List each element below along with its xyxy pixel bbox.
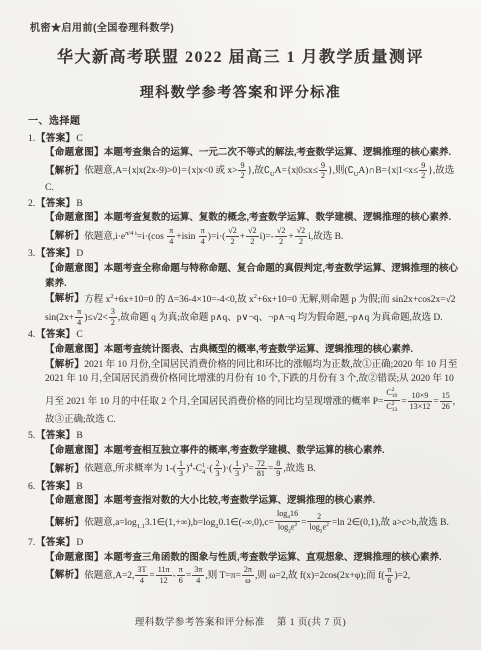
intent-text: 本题考查集合的运算、一元二次不等式的解法,考查数学运算、逻辑推理的核心素养. <box>104 147 451 158</box>
question-number: 5. <box>28 431 35 441</box>
question-5: 5.【答案】B 【命题意图】本题考查相互独立事件的概率,考查数学建模、数学运算的… <box>28 429 459 479</box>
document-title: 华大新高考联盟 2022 届高三 1 月教学质量测评 <box>0 44 481 67</box>
footer-page-number: 第 1 页(共 7 页) <box>277 618 346 628</box>
fraction: 2πω <box>242 565 254 585</box>
analysis-line: 【解析】方程 x2+6x+10=0 的 Δ=36-4×10=-4<0,故 x2+… <box>28 291 459 327</box>
intent-text: 本题考查统计图表、古典概型的概率,考查数学运算、逻辑推理的核心素养. <box>104 344 413 355</box>
answer-value: B <box>76 482 82 492</box>
fraction: 13 <box>233 459 241 479</box>
fraction: π4 <box>75 307 83 327</box>
analysis-label: 【解析】 <box>45 294 84 305</box>
sup-sub-stack: 14 <box>202 462 205 477</box>
question-number: 1. <box>28 134 35 144</box>
question-number: 6. <box>28 482 35 492</box>
question-2: 2.【答案】B 【命题意图】本题考查复数的运算、复数的概念,考查数学运算、数学建… <box>28 197 459 247</box>
analysis-line: 【解析】依题意,a=log1.13.1∈(1,+∞),b=log20.1∈(-∞… <box>28 509 459 535</box>
document-subtitle: 理科数学参考答案和评分标准 <box>0 82 481 102</box>
answer-line: 4.【答案】C <box>28 328 459 343</box>
answer-value: D <box>76 249 83 259</box>
scanned-answer-sheet-page: 机密★启用前(全国卷理科数学) 华大新高考联盟 2022 届高三 1 月教学质量… <box>0 0 481 650</box>
question-number: 2. <box>28 199 35 209</box>
answer-line: 3.【答案】D <box>28 247 459 262</box>
analysis-text: 依题意,所求概率为 1-(13)4-C14·(23)·(13)3=7281=89… <box>84 464 316 474</box>
analysis-text: 2021 年 10 月份,全国居民消费价格的同比和环比的涨幅均为正数,故①正确;… <box>45 360 457 426</box>
intent-line: 【命题意图】本题考查三角函数的图象与性质,考查数学运算、直观想象、逻辑推理的核心… <box>28 551 459 566</box>
fraction: 92 <box>319 161 327 181</box>
answer-value: D <box>76 538 83 548</box>
fraction: π4 <box>167 226 175 246</box>
fraction: √22 <box>246 226 258 246</box>
fraction: 7281 <box>255 459 267 479</box>
intent-line: 【命题意图】本题考查全称命题与特称命题、复合命题的真假判定,考查数学运算、逻辑推… <box>28 262 459 291</box>
answer-line: 2.【答案】B <box>28 197 459 212</box>
answer-value: C <box>76 330 82 340</box>
analysis-label: 【解析】 <box>45 231 84 242</box>
answer-line: 6.【答案】B <box>28 480 459 495</box>
analysis-label: 【解析】 <box>45 517 84 528</box>
analysis-line: 【解析】依题意,A={x|x(2x-9)>0}={x|x<0 或 x>92},故… <box>28 161 459 196</box>
analysis-line: 【解析】依题意,所求概率为 1-(13)4-C14·(23)·(13)3=728… <box>28 459 459 479</box>
analysis-label: 【解析】 <box>45 463 84 474</box>
intent-label: 【命题意图】 <box>45 445 104 456</box>
answer-label: 【答案】 <box>36 329 75 340</box>
question-1: 1.【答案】C 【命题意图】本题考查集合的运算、一元二次不等式的解法,考查数学运… <box>28 132 459 196</box>
sup-sub-stack: 210 <box>392 387 397 400</box>
intent-label: 【命题意图】 <box>45 212 104 223</box>
answers-content: 一、选择题 1.【答案】C 【命题意图】本题考查集合的运算、一元二次不等式的解法… <box>28 114 459 614</box>
intent-line: 【命题意图】本题考查指对数的大小比较,考查数学运算、逻辑推理的核心素养. <box>28 494 459 509</box>
question-number: 3. <box>28 249 35 259</box>
intent-text: 本题考查指对数的大小比较,考查数学运算、逻辑推理的核心素养. <box>104 495 375 506</box>
answer-label: 【答案】 <box>36 430 75 441</box>
fraction: √22 <box>226 226 238 246</box>
analysis-text: 方程 x2+6x+10=0 的 Δ=36-4×10=-4<0,故 x2+6x+1… <box>45 295 456 323</box>
question-number: 4. <box>28 330 35 340</box>
intent-label: 【命题意图】 <box>45 495 104 506</box>
fraction: 3π4 <box>192 565 204 585</box>
fraction: 32 <box>109 307 117 327</box>
fraction: 11π12 <box>156 565 172 585</box>
fraction: 92 <box>238 161 246 181</box>
analysis-text: 依题意,i·eπ/4 i=i·(cos π4+isin π4)=i·(√22+√… <box>84 232 343 242</box>
fraction: 92 <box>419 161 427 181</box>
analysis-label: 【解析】 <box>45 359 84 370</box>
fraction: 23 <box>214 459 222 479</box>
intent-line: 【命题意图】本题考查相互独立事件的概率,考查数学建模、数学运算的核心素养. <box>28 444 459 459</box>
fraction: C210C213 <box>384 387 400 413</box>
intent-line: 【命题意图】本题考查集合的运算、一元二次不等式的解法,考查数学运算、逻辑推理的核… <box>28 146 459 161</box>
answer-label: 【答案】 <box>36 481 75 492</box>
page-footer: 理科数学参考答案和评分标准第 1 页(共 7 页) <box>0 614 481 628</box>
answer-line: 7.【答案】D <box>28 536 459 551</box>
intent-text: 本题考查三角函数的图象与性质,考查数学运算、直观想象、逻辑推理的核心素养. <box>104 552 442 563</box>
sup-sub-stack: 213 <box>392 401 397 414</box>
question-number: 7. <box>28 538 35 548</box>
intent-label: 【命题意图】 <box>45 147 104 158</box>
analysis-line: 【解析】依题意,A=2,3T4=11π12-π6=3π4,则 T=π=2πω,则… <box>28 565 459 585</box>
answer-label: 【答案】 <box>36 133 75 144</box>
intent-label: 【命题意图】 <box>45 552 104 563</box>
fraction: 89 <box>274 459 282 479</box>
classification-header: 机密★启用前(全国卷理科数学) <box>30 19 174 34</box>
fraction: √22 <box>275 226 287 246</box>
analysis-line: 【解析】2021 年 10 月份,全国居民消费价格的同比和环比的涨幅均为正数,故… <box>28 358 459 428</box>
analysis-text: 依题意,a=log1.13.1∈(1,+∞),b=log20.1∈(-∞,0),… <box>84 518 449 528</box>
section-heading: 一、选择题 <box>28 114 459 130</box>
analysis-label: 【解析】 <box>45 165 84 176</box>
intent-line: 【命题意图】本题考查复数的运算、复数的概念,考查数学运算、数学建模、逻辑推理的核… <box>28 211 459 226</box>
intent-line: 【命题意图】本题考查统计图表、古典概型的概率,考查数学运算、逻辑推理的核心素养. <box>28 343 459 358</box>
question-4: 4.【答案】C 【命题意图】本题考查统计图表、古典概型的概率,考查数学运算、逻辑… <box>28 328 459 428</box>
answer-value: C <box>76 134 82 144</box>
answer-line: 5.【答案】B <box>28 429 459 444</box>
fraction: √22 <box>295 226 307 246</box>
fraction: 1526 <box>440 391 452 411</box>
fraction: π6 <box>385 565 393 585</box>
fraction: 13 <box>177 459 185 479</box>
analysis-line: 【解析】依题意,i·eπ/4 i=i·(cos π4+isin π4)=i·(√… <box>28 226 459 246</box>
answer-label: 【答案】 <box>36 198 75 209</box>
answer-line: 1.【答案】C <box>28 132 459 147</box>
answer-value: B <box>76 199 82 209</box>
question-7: 7.【答案】D 【命题意图】本题考查三角函数的图象与性质,考查数学运算、直观想象… <box>28 536 459 586</box>
fraction: π4 <box>199 226 207 246</box>
intent-text: 本题考查相互独立事件的概率,考查数学建模、数学运算的核心素养. <box>104 445 385 456</box>
fraction: 2log2e2 <box>307 512 330 535</box>
intent-label: 【命题意图】 <box>45 263 104 274</box>
fraction: 3T4 <box>135 565 148 585</box>
fraction: π6 <box>177 565 185 585</box>
question-6: 6.【答案】B 【命题意图】本题考查指对数的大小比较,考查数学运算、逻辑推理的核… <box>28 480 459 535</box>
intent-text: 本题考查复数的运算、复数的概念,考查数学运算、数学建模、逻辑推理的核心素养. <box>104 212 451 223</box>
fraction: 10×913×12 <box>408 391 433 411</box>
intent-label: 【命题意图】 <box>45 344 104 355</box>
intent-text: 本题考查全称命题与特称命题、复合命题的真假判定,考查数学运算、逻辑推理的核心素养… <box>45 263 458 289</box>
analysis-label: 【解析】 <box>45 570 84 581</box>
analysis-text: 依题意,A=2,3T4=11π12-π6=3π4,则 T=π=2πω,则 ω=2… <box>84 571 410 581</box>
analysis-text: 依题意,A={x|x(2x-9)>0}={x|x<0 或 x>92},故∁UA=… <box>45 166 454 193</box>
fraction: log416log2e2 <box>275 509 300 535</box>
answer-label: 【答案】 <box>36 537 75 548</box>
answer-label: 【答案】 <box>36 248 75 259</box>
question-3: 3.【答案】D 【命题意图】本题考查全称命题与特称命题、复合命题的真假判定,考查… <box>28 247 459 327</box>
footer-title: 理科数学参考答案和评分标准 <box>135 618 265 628</box>
answer-value: B <box>76 431 82 441</box>
